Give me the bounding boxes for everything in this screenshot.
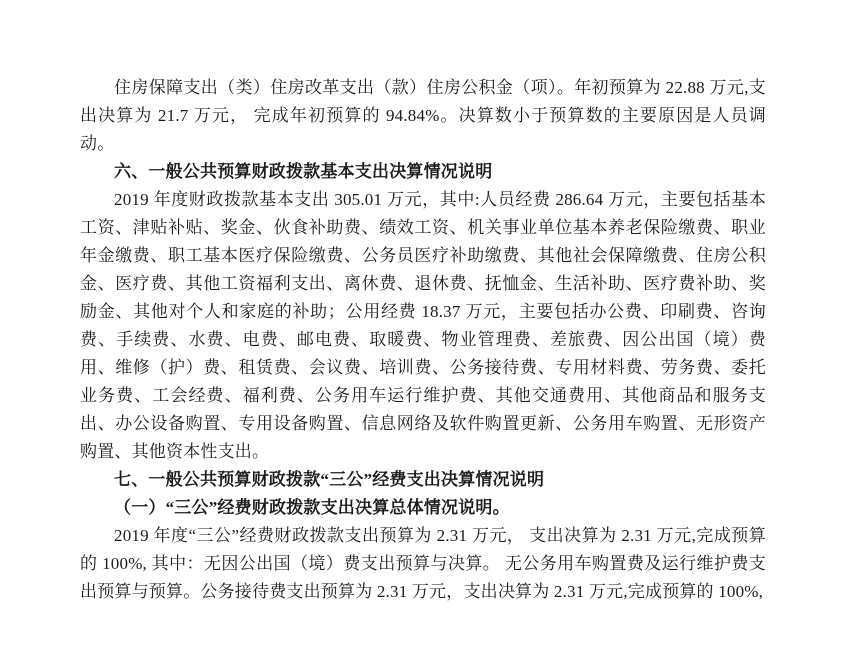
paragraph-2019-basic-expenditure-detail: 2019 年度财政拨款基本支出 305.01 万元，其中:人员经费 286.64… (80, 186, 766, 466)
section-heading-7-three-public-funds: 七、一般公共预算财政拨款“三公”经费支出决算情况说明 (80, 466, 766, 494)
paragraph-housing-security-expenditure: 住房保障支出（类）住房改革支出（款）住房公积金（项）。年初预算为 22.88 万… (80, 74, 766, 158)
section-heading-6-basic-expenditure: 六、一般公共预算财政拨款基本支出决算情况说明 (80, 158, 766, 186)
subsection-heading-1-overall-situation: （一）“三公”经费财政拨款支出决算总体情况说明。 (80, 494, 766, 522)
document-page: 住房保障支出（类）住房改革支出（款）住房公积金（项）。年初预算为 22.88 万… (0, 0, 844, 652)
paragraph-three-public-funds-detail: 2019 年度“三公”经费财政拨款支出预算为 2.31 万元， 支出决算为 2.… (80, 522, 766, 606)
